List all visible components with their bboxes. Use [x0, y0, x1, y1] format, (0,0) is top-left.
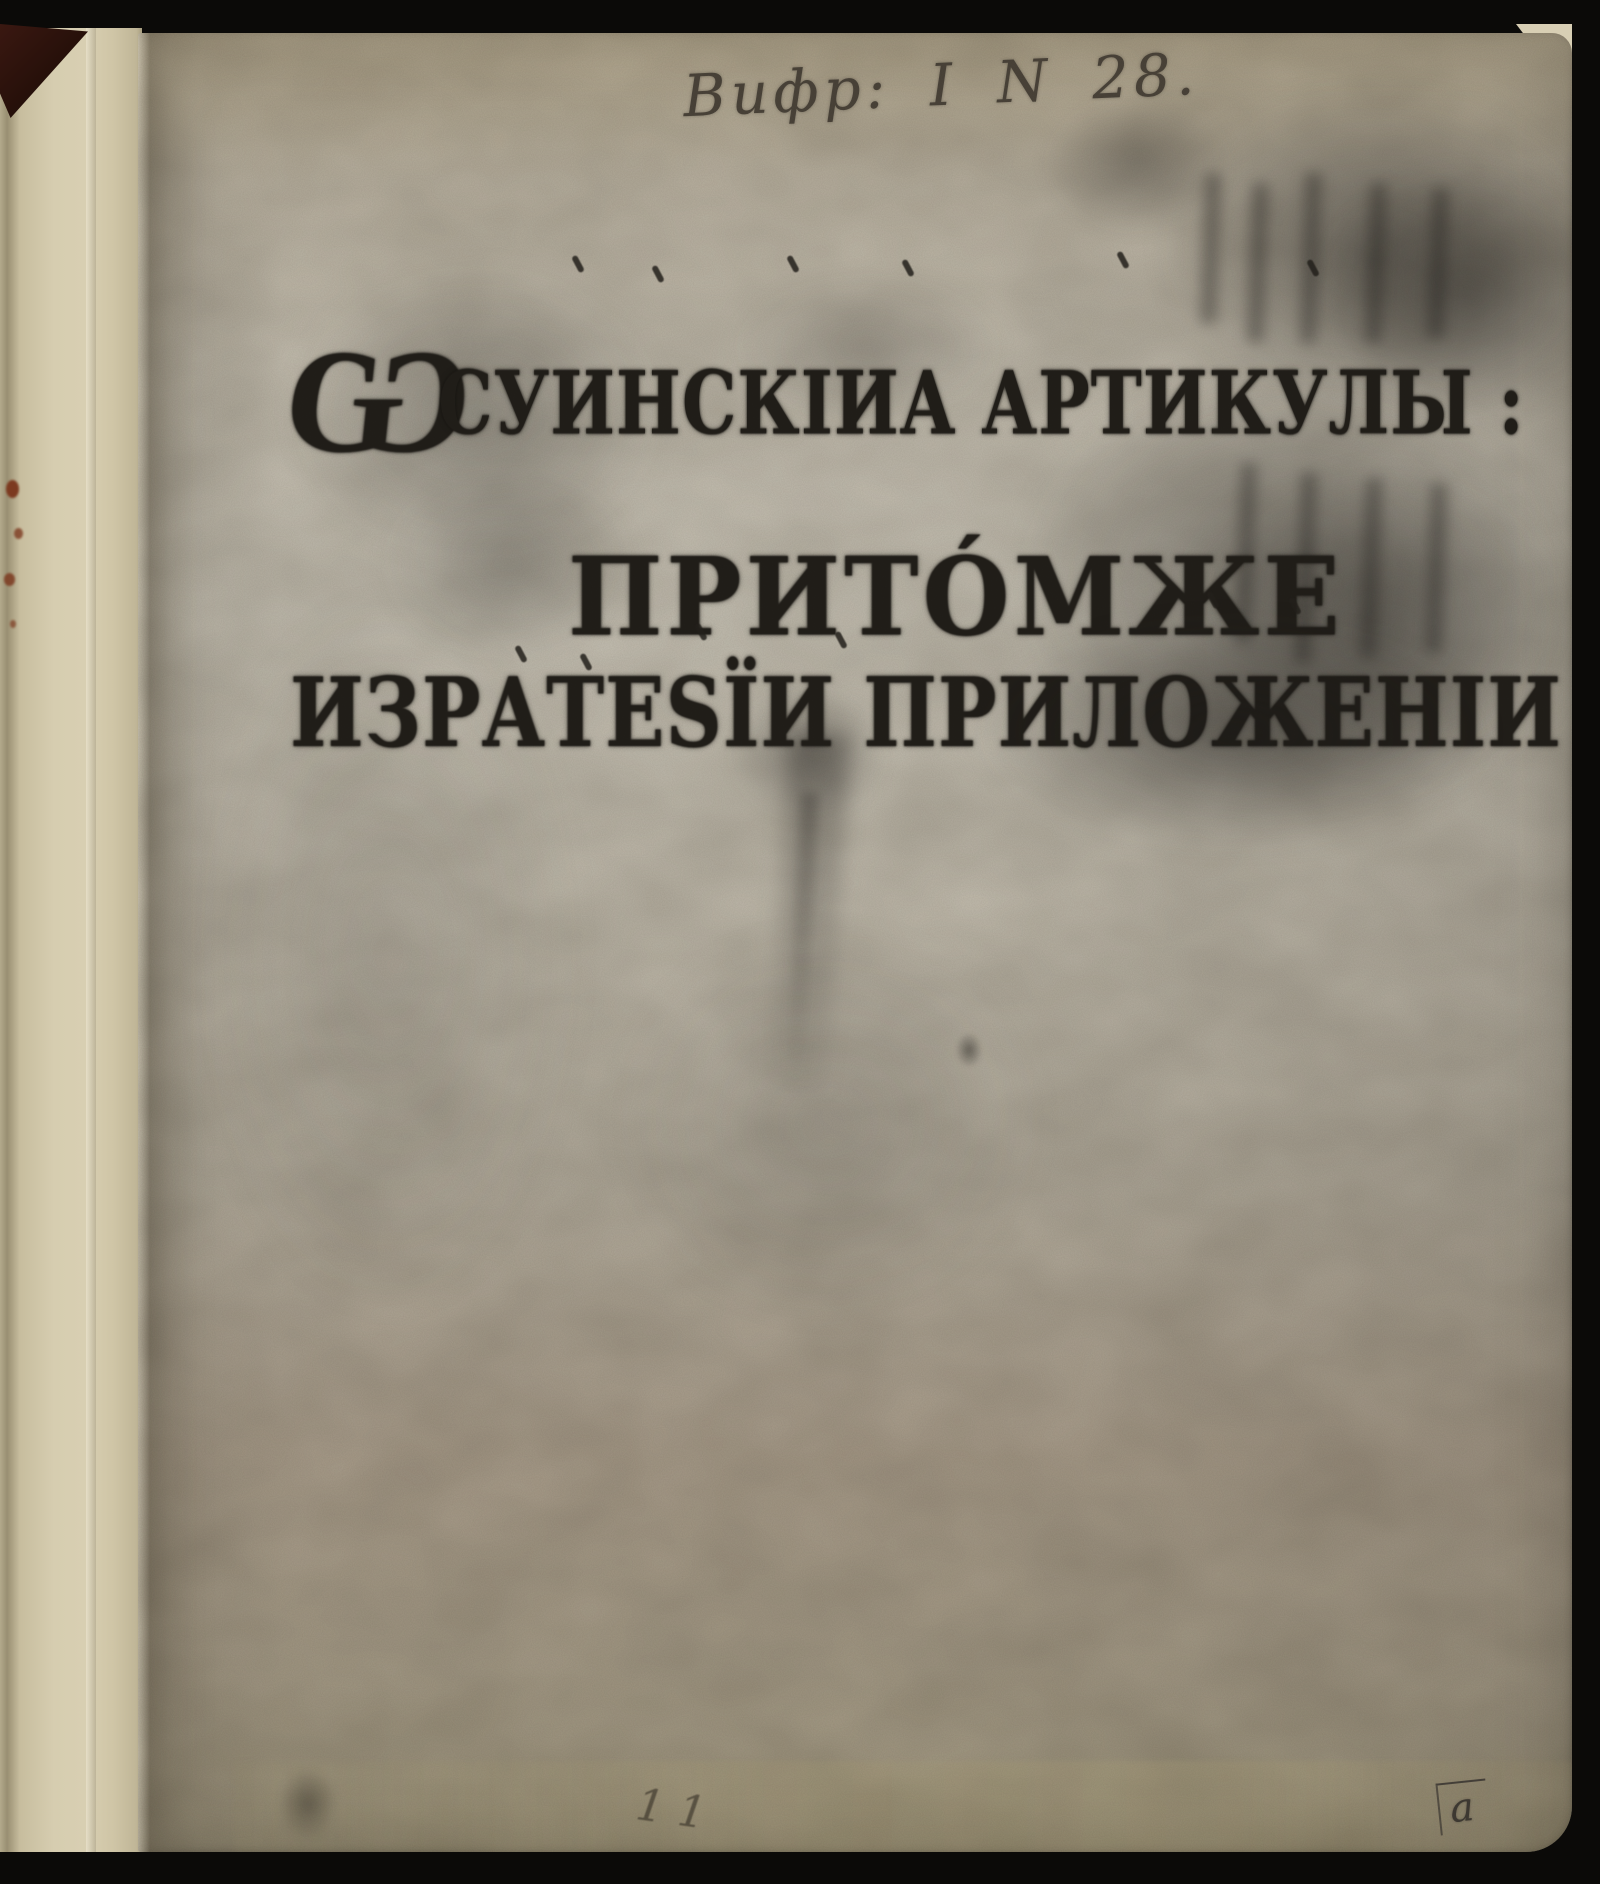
accent-mark	[786, 255, 800, 274]
wax-spot	[4, 573, 15, 586]
folio-mark: а	[1435, 1779, 1490, 1836]
paper-grain-overlay	[138, 33, 1572, 1852]
manuscript-title-page: Вифр: I N 28. Ѡ СУИНСКІИА АРТИКУЛЫ : ПРИ…	[138, 33, 1572, 1852]
title-line-1: СУИНСКІИА АРТИКУЛЫ :	[438, 351, 1525, 455]
photographed-book-spread: Вифр: I N 28. Ѡ СУИНСКІИА АРТИКУЛЫ : ПРИ…	[0, 0, 1600, 1884]
smeared-letter-ghost	[1247, 183, 1269, 343]
smeared-letter-ghost	[1360, 478, 1382, 658]
wax-spot	[6, 480, 19, 498]
smeared-letter-ghost	[1425, 483, 1447, 653]
title-line-3: ИЗРАТЕЅЇИ ПРИЛОЖЕНІИ :	[290, 658, 1572, 769]
wax-spot	[10, 620, 16, 628]
title-line-2: ПРИТÓМЖЕ	[568, 533, 1344, 660]
smeared-letter-ghost	[1200, 173, 1221, 323]
tape-discoloration-band	[233, 1761, 1572, 1852]
aging-mottle-overlay	[138, 33, 1572, 1852]
accent-mark	[571, 255, 585, 274]
flyleaf-endpaper	[0, 28, 142, 1852]
accent-mark	[651, 265, 665, 284]
smeared-letter-ghost	[1427, 188, 1448, 338]
glued-rough-edge	[138, 33, 198, 1852]
wax-spot	[14, 528, 23, 539]
ink-spot	[956, 1033, 982, 1067]
smeared-letter-ghost	[1365, 183, 1387, 343]
flyleaf-crease	[86, 28, 96, 1852]
accent-mark	[901, 259, 915, 278]
accent-mark	[1116, 251, 1130, 270]
smeared-letter-ghost	[1300, 173, 1322, 343]
